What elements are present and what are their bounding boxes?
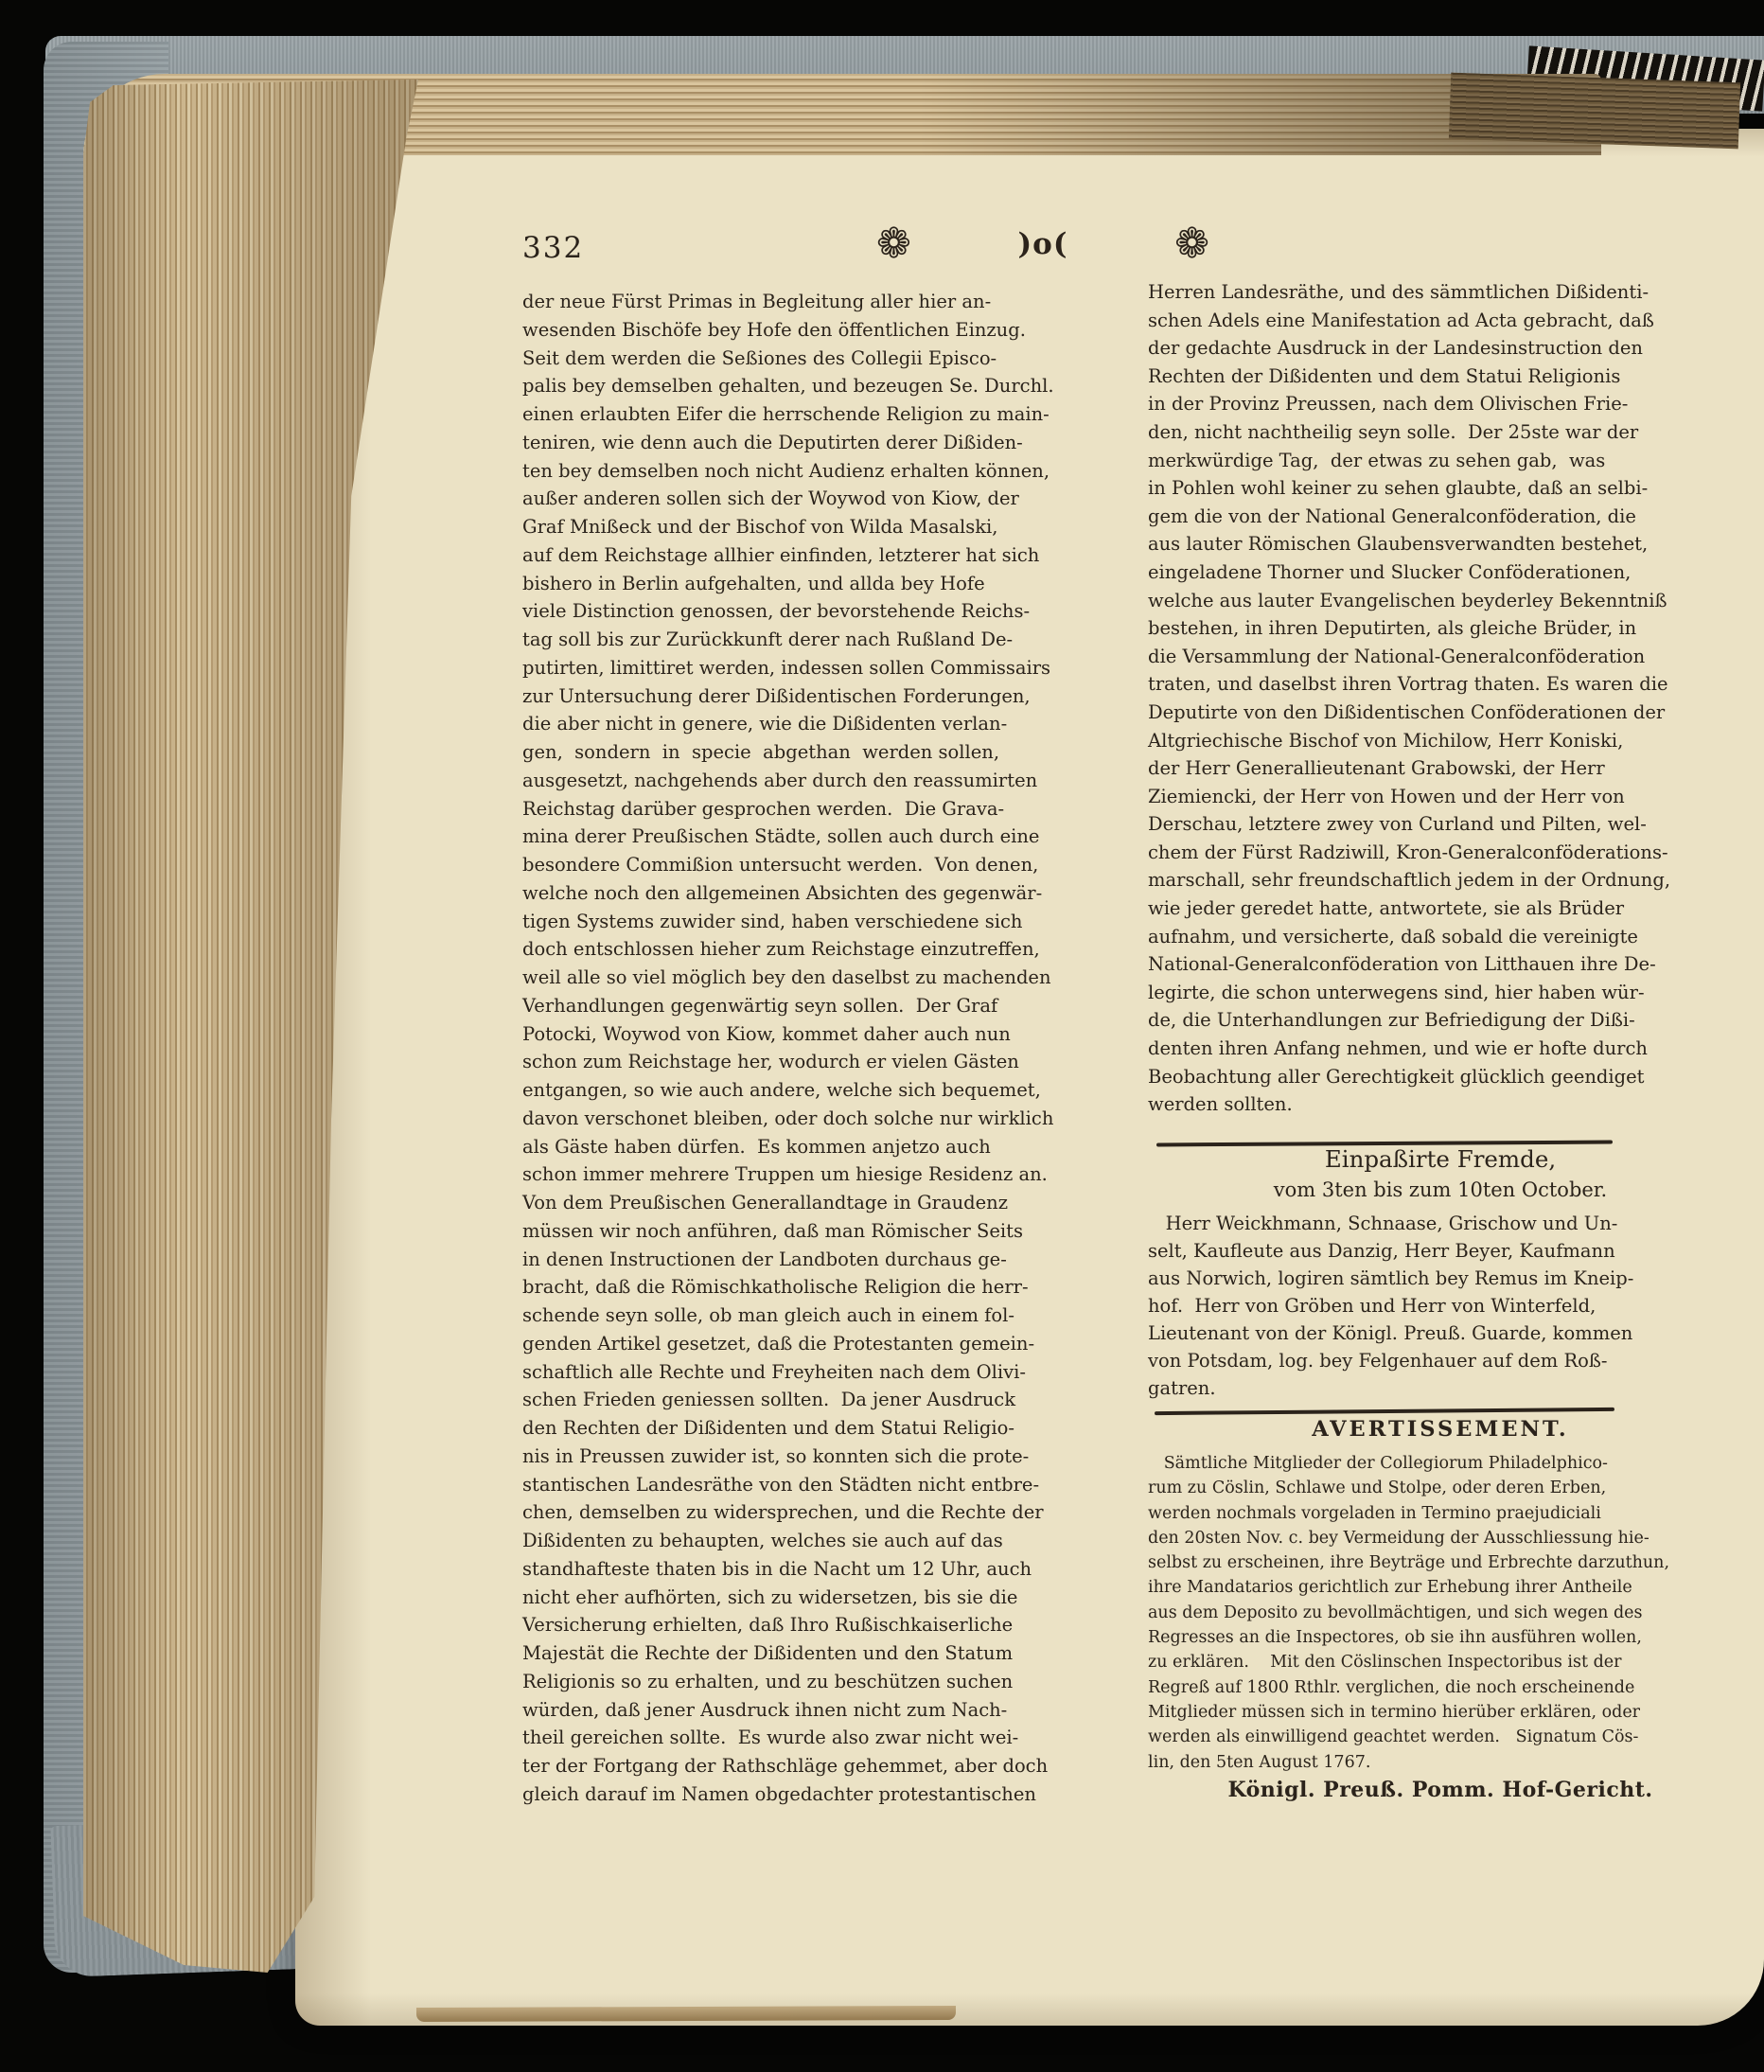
text-line: würden, daß jener Ausdruck ihnen nicht z… xyxy=(522,1696,1105,1725)
text-line: werden nochmals vorgeladen in Termino pr… xyxy=(1148,1501,1733,1526)
text-line: schon immer mehrere Truppen um hiesige R… xyxy=(522,1160,1105,1189)
text-line: ausgesetzt, nachgehends aber durch den r… xyxy=(522,767,1105,795)
text-line: Derschau, letztere zwey von Curland und … xyxy=(1148,810,1733,839)
fleuron-ornament-right-icon: ❁ xyxy=(1174,223,1209,265)
text-line: nis in Preussen zuwider ist, so konnten … xyxy=(522,1443,1105,1471)
text-line: Versicherung erhielten, daß Ihro Rußisch… xyxy=(522,1611,1105,1639)
text-line: gatren. xyxy=(1148,1374,1733,1402)
text-line: ihre Mandatarios gerichtlich zur Erhebun… xyxy=(1148,1575,1733,1600)
text-line: Mitglieder müssen sich in termino hierüb… xyxy=(1148,1700,1733,1725)
text-line: aufnahm, und versicherte, daß sobald die… xyxy=(1148,923,1733,951)
text-line: welche noch den allgemeinen Absichten de… xyxy=(522,879,1105,908)
text-line: hof. Herr von Gröben und Herr von Winter… xyxy=(1148,1292,1733,1319)
avertissement-body: Sämtliche Mitglieder der Collegiorum Phi… xyxy=(1148,1451,1733,1775)
text-line: werden als einwilligend geachtet werden.… xyxy=(1148,1725,1733,1749)
text-line: Regresses an die Inspectores, ob sie ihn… xyxy=(1148,1625,1733,1650)
text-line: eingeladene Thorner und Slucker Conföder… xyxy=(1148,558,1733,587)
text-line: Majestät die Rechte der Dißidenten und d… xyxy=(522,1639,1105,1668)
text-line: de, die Unterhandlungen zur Befriedigung… xyxy=(1148,1006,1733,1035)
text-line: Herren Landesräthe, und des sämmtlichen … xyxy=(1148,278,1733,307)
text-line: palis bey demselben gehalten, und bezeug… xyxy=(522,372,1105,400)
text-line: den 20sten Nov. c. bey Vermeidung der Au… xyxy=(1148,1526,1733,1550)
text-line: den, nicht nachtheilig seyn solle. Der 2… xyxy=(1148,418,1733,447)
court-signature: Königl. Preuß. Pomm. Hof-Gericht. xyxy=(1148,1778,1733,1802)
text-line: besondere Commißion untersucht werden. V… xyxy=(522,851,1105,879)
fremde-section-title: Einpaßirte Fremde, xyxy=(1148,1145,1733,1173)
text-line: Altgriechische Bischof von Michilow, Her… xyxy=(1148,727,1733,755)
text-line: lin, den 5ten August 1767. xyxy=(1148,1750,1733,1775)
text-line: als Gäste haben dürfen. Es kommen anjetz… xyxy=(522,1133,1105,1161)
text-line: in der Provinz Preussen, nach dem Olivis… xyxy=(1148,390,1733,418)
text-line: ter der Fortgang der Rathschläge gehemme… xyxy=(522,1752,1105,1780)
text-line: weil alle so viel möglich bey den daselb… xyxy=(522,964,1105,992)
text-line: standhafteste thaten bis in die Nacht um… xyxy=(522,1555,1105,1584)
text-line: der Herr Generallieutenant Grabowski, de… xyxy=(1148,754,1733,783)
text-line: viele Distinction genossen, der bevorste… xyxy=(522,597,1105,626)
text-line: Dißidenten zu behaupten, welches sie auc… xyxy=(522,1527,1105,1555)
text-line: putirten, limittiret werden, indessen so… xyxy=(522,654,1105,682)
text-line: der neue Fürst Primas in Begleitung alle… xyxy=(522,288,1105,316)
text-line: Herr Weickhmann, Schnaase, Grischow und … xyxy=(1148,1210,1733,1237)
text-line: gem die von der National Generalconföder… xyxy=(1148,503,1733,531)
text-line: von Potsdam, log. bey Felgenhauer auf de… xyxy=(1148,1347,1733,1374)
page-number: 332 xyxy=(522,231,584,265)
text-line: National-Generalconföderation von Littha… xyxy=(1148,950,1733,979)
text-line: davon verschonet bleiben, oder doch solc… xyxy=(522,1105,1105,1133)
text-line: schon zum Reichstage her, wodurch er vie… xyxy=(522,1048,1105,1076)
text-line: wesenden Bischöfe bey Hofe den öffentlic… xyxy=(522,316,1105,345)
text-line: rum zu Cöslin, Schlawe und Stolpe, oder … xyxy=(1148,1476,1733,1500)
text-line: mina derer Preußischen Städte, sollen au… xyxy=(522,823,1105,851)
text-line: außer anderen sollen sich der Woywod von… xyxy=(522,485,1105,513)
text-line: Ziemiencki, der Herr von Howen und der H… xyxy=(1148,783,1733,811)
page-stack-bottom-edge xyxy=(416,2006,956,2022)
text-line: bestehen, in ihren Deputirten, als gleic… xyxy=(1148,614,1733,643)
scan-background: { "document": { "page_number": "332", "h… xyxy=(0,0,1764,2072)
text-line: Rechten der Dißidenten und dem Statui Re… xyxy=(1148,363,1733,391)
text-line: Beobachtung aller Gerechtigkeit glücklic… xyxy=(1148,1063,1733,1091)
text-line: stantischen Landesräthe von den Städten … xyxy=(522,1471,1105,1499)
text-line: bracht, daß die Römischkatholische Relig… xyxy=(522,1273,1105,1302)
text-line: genden Artikel gesetzet, daß die Protest… xyxy=(522,1330,1105,1358)
text-line: theil gereichen sollte. Es wurde also zw… xyxy=(522,1724,1105,1752)
text-line: einen erlaubten Eifer die herrschende Re… xyxy=(522,400,1105,429)
text-line: gen, sondern in specie abgethan werden s… xyxy=(522,738,1105,767)
header-ornaments: ❁ )o( ❁ xyxy=(876,214,1209,274)
text-line: teniren, wie denn auch die Deputirten de… xyxy=(522,429,1105,457)
text-line: aus Norwich, logiren sämtlich bey Remus … xyxy=(1148,1265,1733,1292)
text-line: den Rechten der Dißidenten und dem Statu… xyxy=(522,1414,1105,1443)
text-line: tag soll bis zur Zurückkunft derer nach … xyxy=(522,626,1105,654)
text-line: Von dem Preußischen Generallandtage in G… xyxy=(522,1189,1105,1217)
text-line: schende seyn solle, ob man gleich auch i… xyxy=(522,1302,1105,1330)
text-line: selbst zu erscheinen, ihre Beyträge und … xyxy=(1148,1550,1733,1575)
text-line: Potocki, Woywod von Kiow, kommet daher a… xyxy=(522,1020,1105,1049)
text-line: der gedachte Ausdruck in der Landesinstr… xyxy=(1148,334,1733,363)
text-line: denten ihren Anfang nehmen, und wie er h… xyxy=(1148,1035,1733,1063)
text-line: auf dem Reichstage allhier einfinden, le… xyxy=(522,541,1105,570)
text-line: tigen Systems zuwider sind, haben versch… xyxy=(522,908,1105,936)
text-line: Verhandlungen gegenwärtig seyn sollen. D… xyxy=(522,992,1105,1020)
text-line: aus lauter Römischen Glaubensverwandten … xyxy=(1148,530,1733,558)
fremde-section-subtitle: vom 3ten bis zum 10ten October. xyxy=(1148,1178,1733,1201)
text-line: Seit dem werden die Seßiones des Collegi… xyxy=(522,345,1105,373)
text-line: die aber nicht in genere, wie die Dißide… xyxy=(522,710,1105,738)
text-line: in denen Instructionen der Landboten dur… xyxy=(522,1246,1105,1274)
text-line: traten, und daselbst ihren Vortrag thate… xyxy=(1148,670,1733,699)
text-line: aus dem Deposito zu bevollmächtigen, und… xyxy=(1148,1601,1733,1625)
text-line: Regreß auf 1800 Rthlr. verglichen, die n… xyxy=(1148,1675,1733,1700)
text-line: die Versammlung der National-Generalconf… xyxy=(1148,643,1733,671)
text-line: Deputirte von den Dißidentischen Conföde… xyxy=(1148,699,1733,727)
text-line: merkwürdige Tag, der etwas zu sehen gab,… xyxy=(1148,447,1733,475)
text-line: nicht eher aufhörten, sich zu widersetze… xyxy=(522,1584,1105,1612)
text-line: Lieutenant von der Königl. Preuß. Guarde… xyxy=(1148,1319,1733,1347)
text-line: müssen wir noch anführen, daß man Römisc… xyxy=(522,1217,1105,1246)
text-line: Sämtliche Mitglieder der Collegiorum Phi… xyxy=(1148,1451,1733,1476)
text-line: zur Untersuchung derer Dißidentischen Fo… xyxy=(522,682,1105,711)
text-line: schen Frieden geniessen sollten. Da jene… xyxy=(522,1386,1105,1414)
text-line: Graf Mnißeck und der Bischof von Wilda M… xyxy=(522,513,1105,541)
right-text-column: Herren Landesräthe, und des sämmtlichen … xyxy=(1148,278,1733,1119)
text-line: in Pohlen wohl keiner zu sehen glaubte, … xyxy=(1148,474,1733,503)
text-line: schen Adels eine Manifestation ad Acta g… xyxy=(1148,307,1733,335)
text-line: doch entschlossen hieher zum Reichstage … xyxy=(522,935,1105,964)
text-line: wie jeder geredet hatte, antwortete, sie… xyxy=(1148,894,1733,923)
text-line: zu erklären. Mit den Cöslinschen Inspect… xyxy=(1148,1650,1733,1674)
text-line: welche aus lauter Evangelischen beyderle… xyxy=(1148,587,1733,615)
page-stack-top-edge-dark xyxy=(1449,73,1740,150)
avertissement-title: AVERTISSEMENT. xyxy=(1148,1417,1733,1442)
signature-mark: )o( xyxy=(1017,227,1067,261)
text-line: ten bey demselben noch nicht Audienz erh… xyxy=(522,457,1105,486)
text-line: gleich darauf im Namen obgedachter prote… xyxy=(522,1780,1105,1809)
left-text-column: der neue Fürst Primas in Begleitung alle… xyxy=(522,288,1105,1809)
text-line: Reichstag darüber gesprochen werden. Die… xyxy=(522,795,1105,823)
text-line: selt, Kaufleute aus Danzig, Herr Beyer, … xyxy=(1148,1237,1733,1265)
text-line: schaftlich alle Rechte und Freyheiten na… xyxy=(522,1358,1105,1387)
text-line: werden sollten. xyxy=(1148,1090,1733,1119)
text-line: legirte, die schon unterwegens sind, hie… xyxy=(1148,979,1733,1007)
text-line: chem der Fürst Radziwill, Kron-Generalco… xyxy=(1148,839,1733,867)
fleuron-ornament-left-icon: ❁ xyxy=(876,223,911,265)
text-line: entgangen, so wie auch andere, welche si… xyxy=(522,1076,1105,1105)
text-line: marschall, sehr freundschaftlich jedem i… xyxy=(1148,866,1733,894)
text-line: chen, demselben zu widersprechen, und di… xyxy=(522,1498,1105,1527)
text-line: Religionis so zu erhalten, und zu beschü… xyxy=(522,1668,1105,1696)
fremde-section-body: Herr Weickhmann, Schnaase, Grischow und … xyxy=(1148,1210,1733,1402)
text-line: bishero in Berlin aufgehalten, und allda… xyxy=(522,570,1105,598)
